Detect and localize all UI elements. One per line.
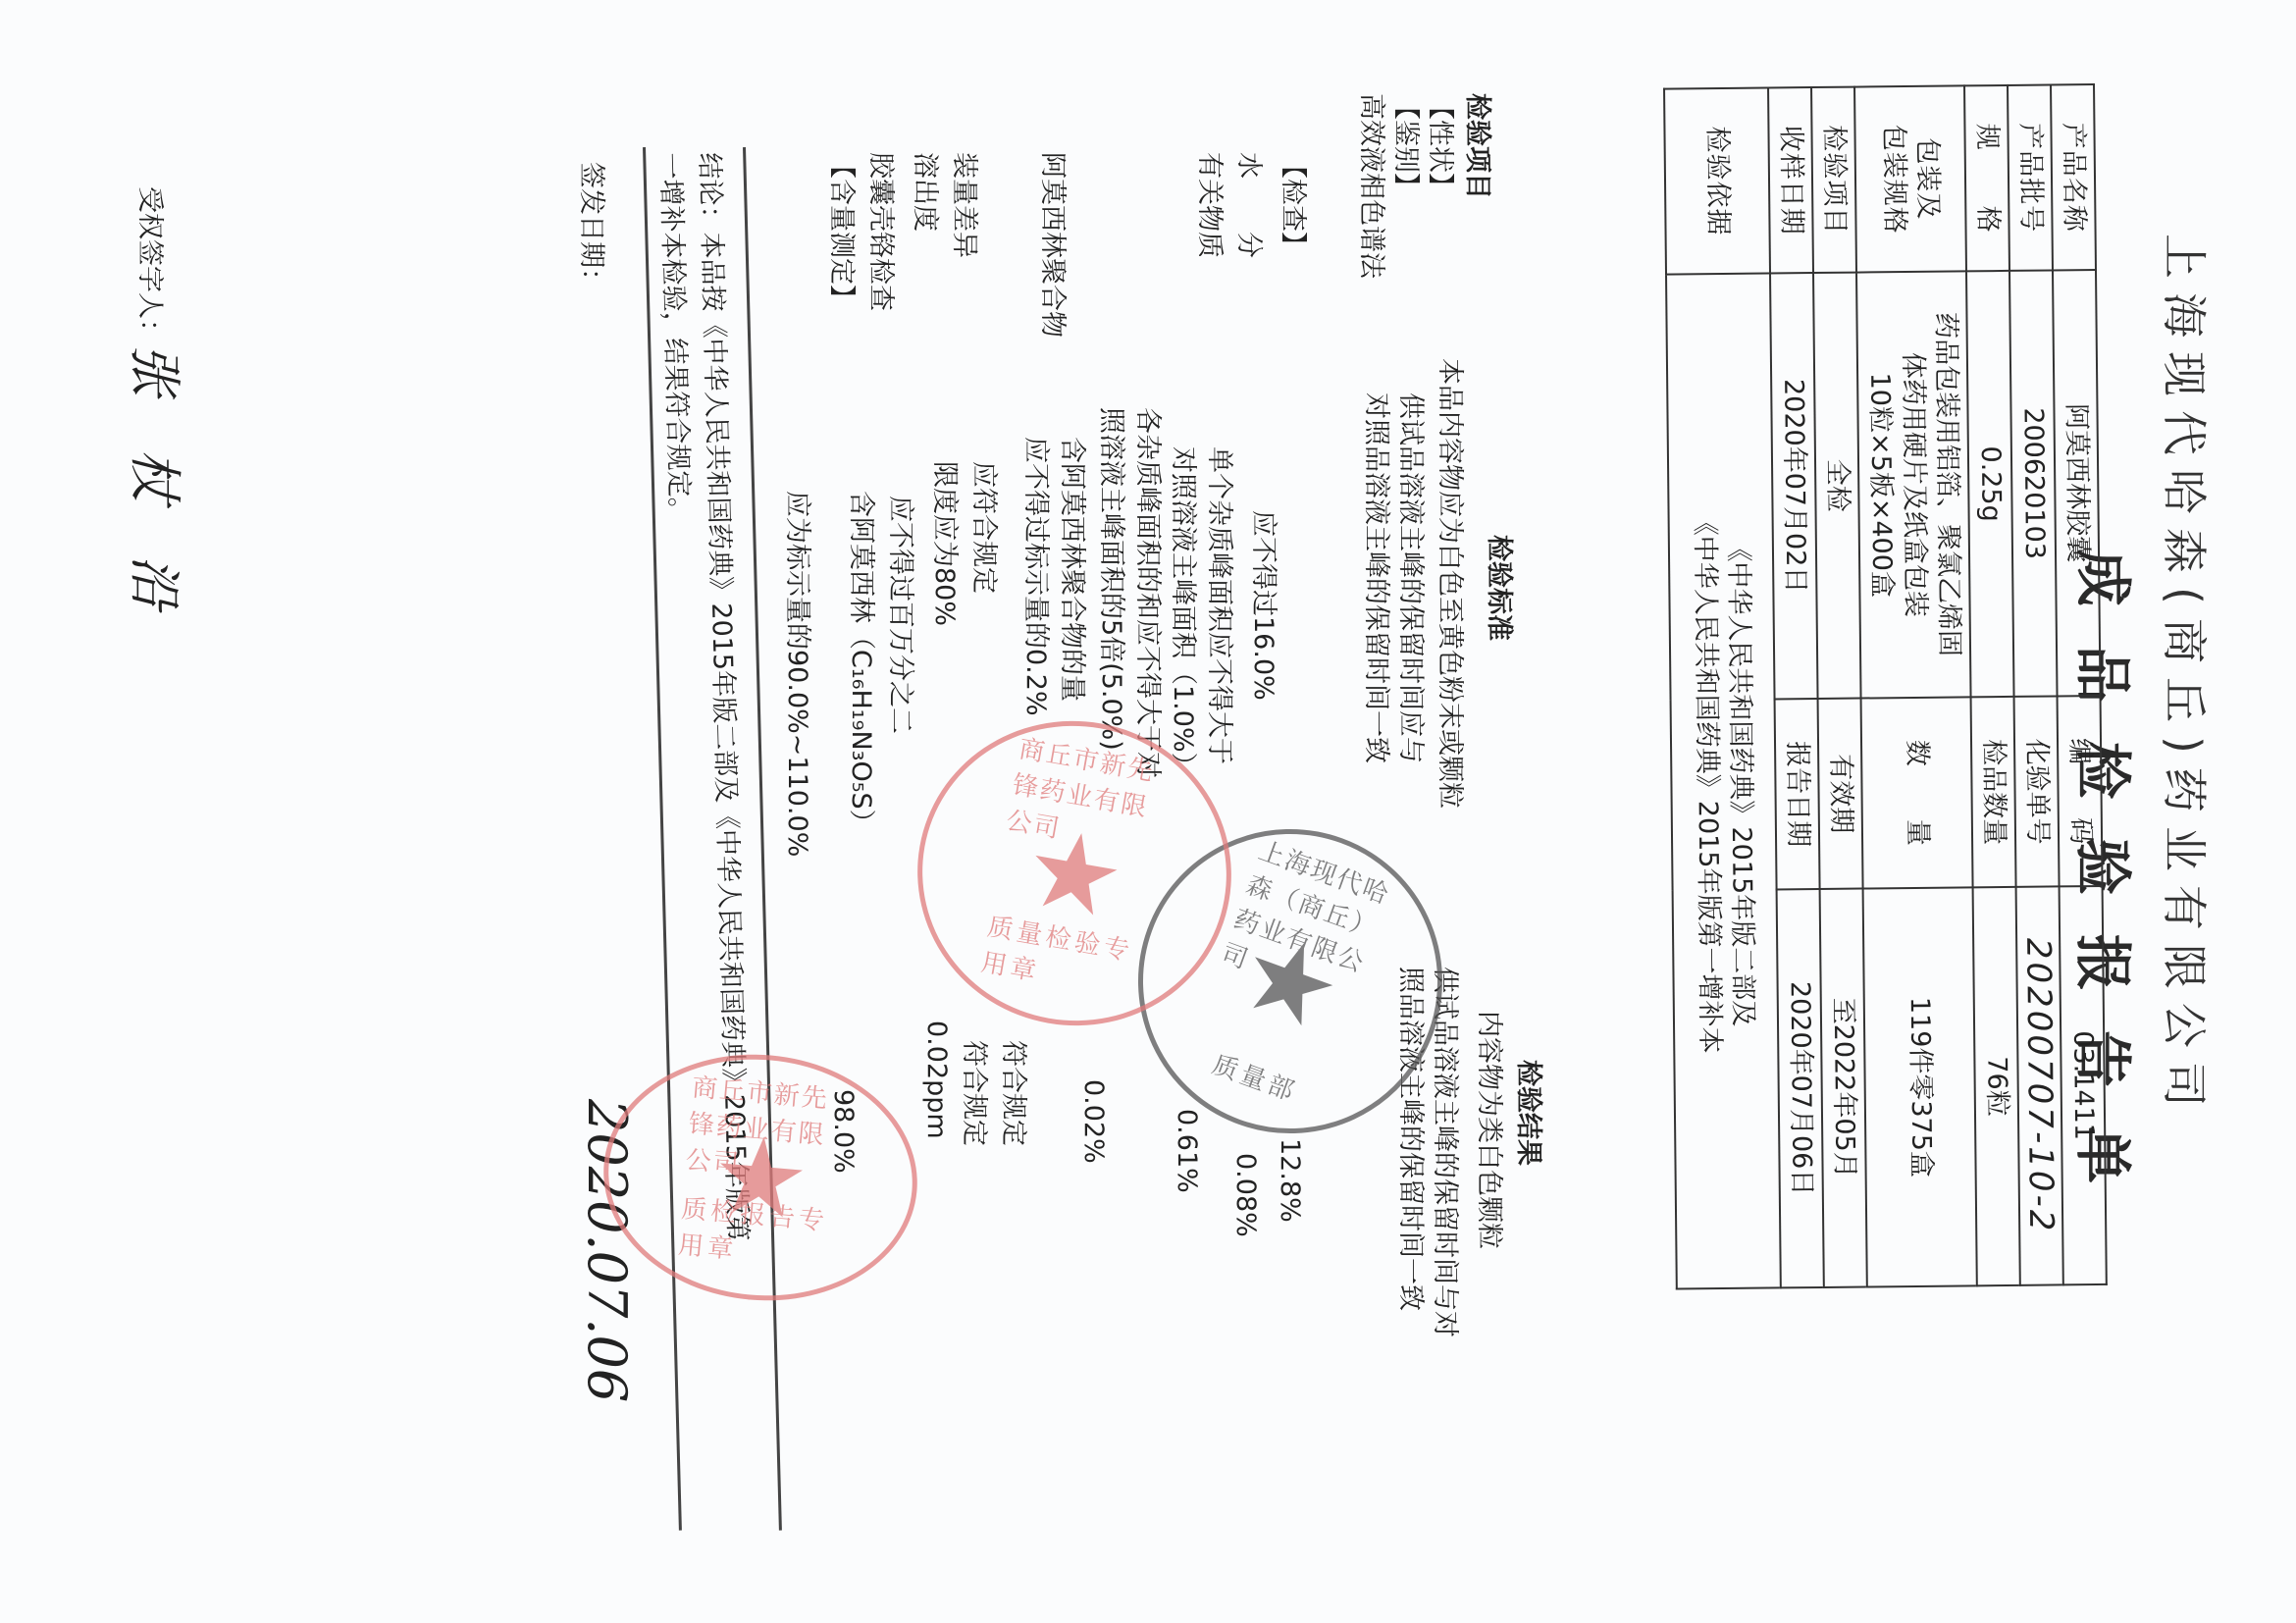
red-stamp-2: 商丘市新先锋药业有限公司 ★ 质检报告专用章 xyxy=(594,1042,928,1314)
polymer-standard-line1: 含阿莫西林聚合物的量 xyxy=(1056,437,1094,702)
hplc-item: 高效液相色谱法 xyxy=(1355,93,1393,279)
product-name: 阿莫西林胶囊 xyxy=(2053,270,2101,696)
packaging-label-line2: 包装规格 xyxy=(1876,93,1911,265)
test-item: 全检 xyxy=(1813,273,1861,699)
appearance-standard: 本品内容物应为白色至黄色粉末或颗粒 xyxy=(1434,358,1472,809)
dissolution-standard: 限度应为80% xyxy=(928,461,966,626)
sample-qty-label: 检品数量 xyxy=(1971,697,2016,887)
report-date: 2020年07月06日 xyxy=(1777,889,1824,1287)
related-substances-standard-line2: 对照溶液主峰面积（1.0%） xyxy=(1167,446,1205,779)
related-substances-standard-line4: 照溶液主峰面积的5倍(5.0%) xyxy=(1095,407,1133,751)
expiry-label: 有效期 xyxy=(1818,699,1863,889)
fill-variation-item: 装量差异 xyxy=(948,152,986,258)
packaging-line2: 体药用硬片及纸盒包装 xyxy=(1895,279,1932,691)
scanned-document-viewport: 上海现代哈森(商丘)药业有限公司 成品检验报告单 产品名称 阿莫西林胶囊 编 码… xyxy=(0,0,2296,1623)
assay-standard-line2: 应为标示量的90.0%~110.0% xyxy=(781,491,819,857)
issue-date-label: 签发日期： xyxy=(575,162,613,294)
test-item-label: 检验项目 xyxy=(1811,87,1856,273)
related-substances-standard-line1: 单个杂质峰面积应不得大于 xyxy=(1203,446,1241,764)
red-stamp-2-bottom: 质检报告专用章 xyxy=(677,1188,835,1274)
moisture-standard: 应不得过16.0% xyxy=(1247,510,1285,701)
sampling-date: 2020年07月02日 xyxy=(1770,273,1818,699)
total-impurity-result: 0.61% xyxy=(1172,1109,1202,1193)
signatory-label: 受权签字人： xyxy=(133,186,172,345)
quantity-label: 数 量 xyxy=(1861,697,1973,888)
product-info-table: 产品名称 阿莫西林胶囊 编 码 03.1411 产品批号 200620103 化… xyxy=(1663,83,2108,1290)
chromium-item: 胶囊壳铬检查 xyxy=(864,152,903,311)
expiry: 至2022年05月 xyxy=(1820,889,1867,1287)
quantity: 119件零375盒 xyxy=(1863,887,1977,1286)
polymer-item: 阿莫西林聚合物 xyxy=(1036,152,1074,338)
spec: 0.25g xyxy=(1966,271,2014,697)
qa-stamp-bottom: 质量部 xyxy=(1208,1044,1303,1109)
packaging-line3: 10粒×5板×400盒 xyxy=(1861,279,1899,691)
column-header-result: 检验结果 xyxy=(1512,1060,1550,1166)
company-name: 上海现代哈森(商丘)药业有限公司 xyxy=(2155,234,2219,1121)
sample-qty: 76粒 xyxy=(1973,887,2020,1285)
batch-label: 产品批号 xyxy=(2008,84,2053,270)
moisture-result: 12.8% xyxy=(1275,1138,1305,1223)
report-date-label: 报告日期 xyxy=(1775,699,1820,889)
section-appearance: 【性状】 xyxy=(1424,93,1462,199)
spec-label: 规 格 xyxy=(1964,85,2009,271)
inspection-report-page: 上海现代哈森(商丘)药业有限公司 成品检验报告单 产品名称 阿莫西林胶囊 编 码… xyxy=(0,0,2296,1623)
red-stamp-1-bottom: 质量检验专用章 xyxy=(978,907,1140,1005)
fill-variation-standard: 应符合规定 xyxy=(967,461,1006,594)
appearance-result: 内容物为类白色颗粒 xyxy=(1473,1011,1511,1249)
sampling-date-label: 收样日期 xyxy=(1768,87,1813,273)
polymer-standard-line2: 应不得过标示量的0.2% xyxy=(1019,437,1058,716)
section-assay: 【含量测定】 xyxy=(825,152,863,311)
polymer-result: 0.02% xyxy=(1078,1079,1109,1164)
fill-variation-result: 符合规定 xyxy=(997,1040,1035,1146)
product-name-label: 产品名称 xyxy=(2051,84,2096,270)
batch-number: 200620103 xyxy=(2009,270,2058,696)
packaging: 药品包装用铝箔、聚氯乙烯固 体药用硬片及纸盒包装 10粒×5板×400盒 xyxy=(1856,271,1971,698)
test-no-label: 化验单号 xyxy=(2014,696,2060,886)
table-row: 包装及 包装规格 药品包装用铝箔、聚氯乙烯固 体药用硬片及纸盒包装 10粒×5板… xyxy=(1854,85,1977,1286)
code-label: 编 码 xyxy=(2058,696,2103,886)
moisture-item: 水 分 xyxy=(1232,152,1271,258)
packaging-line1: 药品包装用铝箔、聚氯乙烯固 xyxy=(1928,278,1965,690)
packaging-label-line1: 包装及 xyxy=(1909,93,1945,265)
related-substances-standard-line3: 各杂质峰面积的和应不得大于对 xyxy=(1131,407,1170,778)
table-row: 检验依据 《中华人民共和国药典》2015年版二部及 《中华人民共和国药典》201… xyxy=(1664,87,1781,1288)
single-impurity-result: 0.08% xyxy=(1230,1153,1261,1237)
test-number-handwritten: 20200707-10-2 xyxy=(2016,886,2063,1284)
code: 03.1411 xyxy=(2060,886,2107,1284)
basis: 《中华人民共和国药典》2015年版二部及 《中华人民共和国药典》2015年版第一… xyxy=(1666,273,1781,1288)
column-header-item: 检验项目 xyxy=(1461,93,1499,199)
section-identification: 【鉴别】 xyxy=(1389,93,1428,199)
dissolution-item: 溶出度 xyxy=(909,152,947,232)
packaging-label: 包装及 包装规格 xyxy=(1854,85,1966,272)
assay-standard-line1: 含阿莫西林（C₁₆H₁₉N₃O₅S） xyxy=(845,491,883,836)
signatory-signature: 张 杖 沿 xyxy=(121,343,196,608)
related-substances-item: 有关物质 xyxy=(1193,152,1231,258)
column-header-standard: 检验标准 xyxy=(1483,535,1521,641)
hplc-standard-line1: 供试品溶液主峰的保留时间应与 xyxy=(1394,393,1433,763)
hplc-standard-line2: 对照品溶液主峰的保留时间一致 xyxy=(1360,393,1398,763)
dissolution-result: 符合规定 xyxy=(958,1040,996,1146)
chromium-result: 0.02ppm xyxy=(921,1021,952,1139)
section-check: 【检查】 xyxy=(1277,152,1315,258)
chromium-standard: 应不得过百万分之二 xyxy=(884,496,922,734)
basis-label: 检验依据 xyxy=(1664,87,1770,274)
